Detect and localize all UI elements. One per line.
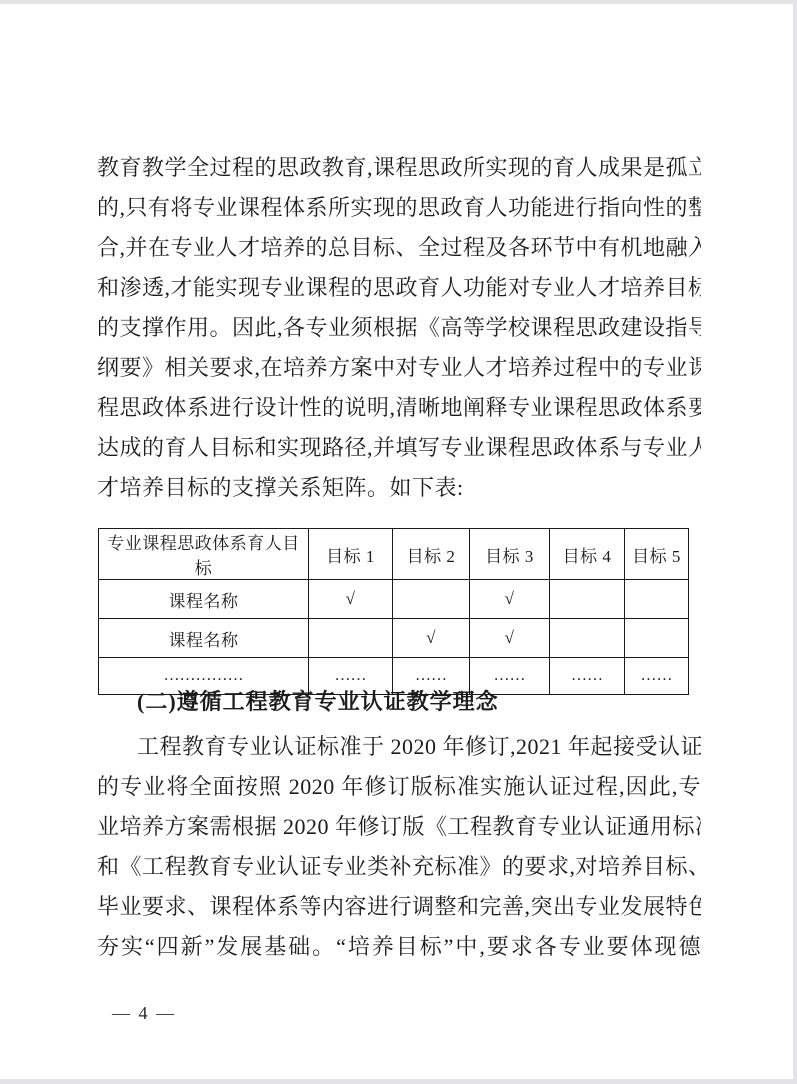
table-header-cell: 目标 4 (550, 529, 625, 580)
table-cell (550, 580, 625, 619)
table-cell-checkmark: √ (470, 580, 550, 619)
body-paragraph-1: 教育教学全过程的思政教育,课程思政所实现的育人成果是孤立 的,只有将专业课程体系… (97, 148, 701, 508)
page-edge-top (0, 0, 797, 4)
paragraph-line: 教育教学全过程的思政教育,课程思政所实现的育人成果是孤立 (97, 148, 701, 188)
paragraph-line: 业培养方案需根据 2020 年修订版《工程教育专业认证通用标准》 (97, 807, 701, 847)
body-paragraph-2: 工程教育专业认证标准于 2020 年修订,2021 年起接受认证 的专业将全面按… (97, 727, 701, 967)
table-row: 课程名称 √ √ (99, 580, 689, 619)
table-header-row: 专业课程思政体系育人目标 目标 1 目标 2 目标 3 目标 4 目标 5 (99, 529, 689, 580)
paragraph-line: 的专业将全面按照 2020 年修订版标准实施认证过程,因此,专 (97, 767, 701, 807)
paragraph-line: 达成的育人目标和实现路径,并填写专业课程思政体系与专业人 (97, 428, 701, 468)
paragraph-line: 和《工程教育专业认证专业类补充标准》的要求,对培养目标、 (97, 847, 701, 887)
paragraph-line: 的,只有将专业课程体系所实现的思政育人功能进行指向性的整 (97, 188, 701, 228)
paragraph-line: 工程教育专业认证标准于 2020 年修订,2021 年起接受认证 (97, 727, 701, 767)
paragraph-line: 毕业要求、课程体系等内容进行调整和完善,突出专业发展特色, (97, 887, 701, 927)
section-heading: (二)遵循工程教育专业认证教学理念 (97, 682, 701, 722)
paragraph-line: 的支撑作用。因此,各专业须根据《高等学校课程思政建设指导 (97, 308, 701, 348)
table-cell-checkmark: √ (309, 580, 393, 619)
page-edge-right (793, 0, 797, 1084)
paragraph-line: 才培养目标的支撑关系矩阵。如下表: (97, 468, 701, 508)
table-cell: 课程名称 (99, 580, 309, 619)
paragraph-line: 夯实“四新”发展基础。“培养目标”中,要求各专业要体现德 (97, 927, 701, 967)
table-cell (393, 580, 470, 619)
paragraph-line: 程思政体系进行设计性的说明,清晰地阐释专业课程思政体系要 (97, 388, 701, 428)
table-cell-checkmark: √ (470, 619, 550, 658)
table-header-cell: 目标 3 (470, 529, 550, 580)
table-header-cell: 目标 2 (393, 529, 470, 580)
table-cell (625, 580, 689, 619)
page-edge-bottom (0, 1079, 797, 1084)
table-row: 课程名称 √ √ (99, 619, 689, 658)
table-header-cell: 目标 5 (625, 529, 689, 580)
table-cell (625, 619, 689, 658)
support-matrix-table: 专业课程思政体系育人目标 目标 1 目标 2 目标 3 目标 4 目标 5 课程… (98, 528, 689, 695)
document-page: 教育教学全过程的思政教育,课程思政所实现的育人成果是孤立 的,只有将专业课程体系… (0, 0, 797, 1084)
table-header-cell: 目标 1 (309, 529, 393, 580)
table-cell (309, 619, 393, 658)
table-cell: 课程名称 (99, 619, 309, 658)
paragraph-line: 纲要》相关要求,在培养方案中对专业人才培养过程中的专业课 (97, 348, 701, 388)
page-number: — 4 — (112, 1000, 176, 1026)
table-cell (550, 619, 625, 658)
table-cell-checkmark: √ (393, 619, 470, 658)
table-header-cell: 专业课程思政体系育人目标 (99, 529, 309, 580)
paragraph-line: 合,并在专业人才培养的总目标、全过程及各环节中有机地融入 (97, 228, 701, 268)
paragraph-line: 和渗透,才能实现专业课程的思政育人功能对专业人才培养目标 (97, 268, 701, 308)
